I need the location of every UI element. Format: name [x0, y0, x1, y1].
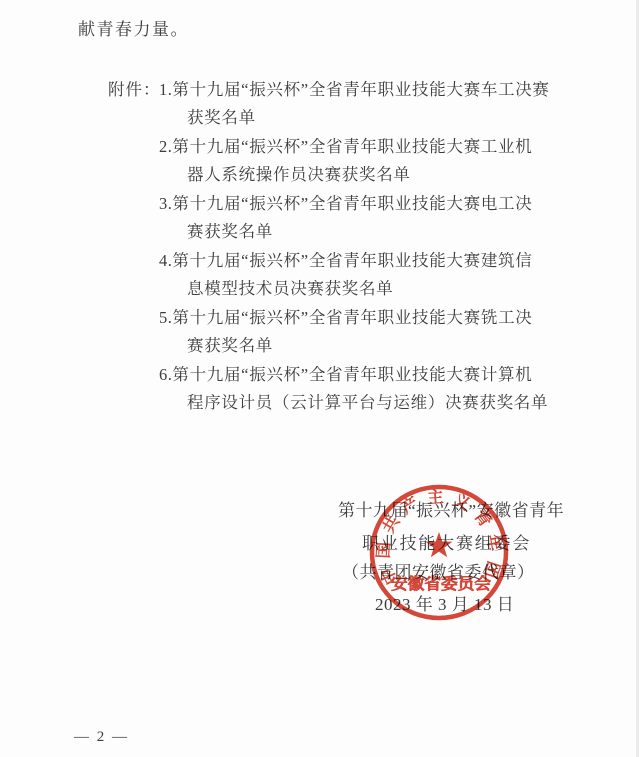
attachment-item: 4.第十九届“振兴杯”全省青年职业技能大赛建筑信 息模型技术员决赛获奖名单: [159, 247, 589, 304]
attachment-item-line: 4.第十九届“振兴杯”全省青年职业技能大赛建筑信: [159, 247, 589, 275]
attachment-list: 1.第十九届“振兴杯”全省青年职业技能大赛车工决赛 获奖名单 2.第十九届“振兴…: [159, 76, 589, 417]
attachment-item: 5.第十九届“振兴杯”全省青年职业技能大赛铣工决 赛获奖名单: [159, 304, 589, 361]
page-number: — 2 —: [74, 729, 129, 746]
attachment-item: 1.第十九届“振兴杯”全省青年职业技能大赛车工决赛 获奖名单: [159, 76, 589, 133]
attachment-item-line: 器人系统操作员决赛获奖名单: [187, 161, 589, 189]
item-number: 4.: [159, 251, 172, 270]
attachment-item-line: 5.第十九届“振兴杯”全省青年职业技能大赛铣工决: [159, 304, 589, 332]
item-number: 1.: [159, 80, 172, 99]
attachment-item-line: 2.第十九届“振兴杯”全省青年职业技能大赛工业机: [159, 133, 589, 161]
item-text: 第十九届“振兴杯”全省青年职业技能大赛铣工决: [172, 308, 532, 327]
item-text: 第十九届“振兴杯”全省青年职业技能大赛计算机: [172, 365, 532, 384]
attachment-label: 附件：: [108, 76, 161, 104]
attachment-item-line: 1.第十九届“振兴杯”全省青年职业技能大赛车工决赛: [159, 76, 589, 104]
attachment-item-line: 6.第十九届“振兴杯”全省青年职业技能大赛计算机: [159, 361, 589, 389]
document-page: 献青春力量。 附件： 1.第十九届“振兴杯”全省青年职业技能大赛车工决赛 获奖名…: [0, 0, 639, 757]
item-number: 2.: [159, 137, 172, 156]
star-icon: [426, 532, 453, 557]
attachment-item-line: 程序设计员（云计算平台与运维）决赛获奖名单: [187, 389, 589, 417]
item-text: 第十九届“振兴杯”全省青年职业技能大赛车工决赛: [172, 80, 549, 99]
attachment-item-line: 获奖名单: [187, 104, 589, 132]
body-text-tail: 献青春力量。: [78, 15, 189, 40]
attachment-item: 3.第十九届“振兴杯”全省青年职业技能大赛电工决 赛获奖名单: [159, 190, 589, 247]
item-text: 第十九届“振兴杯”全省青年职业技能大赛电工决: [172, 194, 532, 213]
attachment-item-line: 赛获奖名单: [187, 218, 589, 246]
attachment-item-line: 3.第十九届“振兴杯”全省青年职业技能大赛电工决: [159, 190, 589, 218]
official-seal: 中国共产主义青年团 安徽省委员会: [360, 473, 520, 633]
seal-bottom-text: 安徽省委员会: [391, 574, 491, 593]
attachment-item-line: 息模型技术员决赛获奖名单: [187, 275, 589, 303]
item-number: 3.: [159, 194, 172, 213]
attachment-item-line: 赛获奖名单: [187, 332, 589, 360]
item-number: 6.: [159, 365, 172, 384]
attachment-item: 2.第十九届“振兴杯”全省青年职业技能大赛工业机 器人系统操作员决赛获奖名单: [159, 133, 589, 190]
attachment-item: 6.第十九届“振兴杯”全省青年职业技能大赛计算机 程序设计员（云计算平台与运维）…: [159, 361, 589, 418]
item-text: 第十九届“振兴杯”全省青年职业技能大赛工业机: [172, 137, 532, 156]
item-text: 第十九届“振兴杯”全省青年职业技能大赛建筑信: [172, 251, 532, 270]
item-number: 5.: [159, 308, 172, 327]
